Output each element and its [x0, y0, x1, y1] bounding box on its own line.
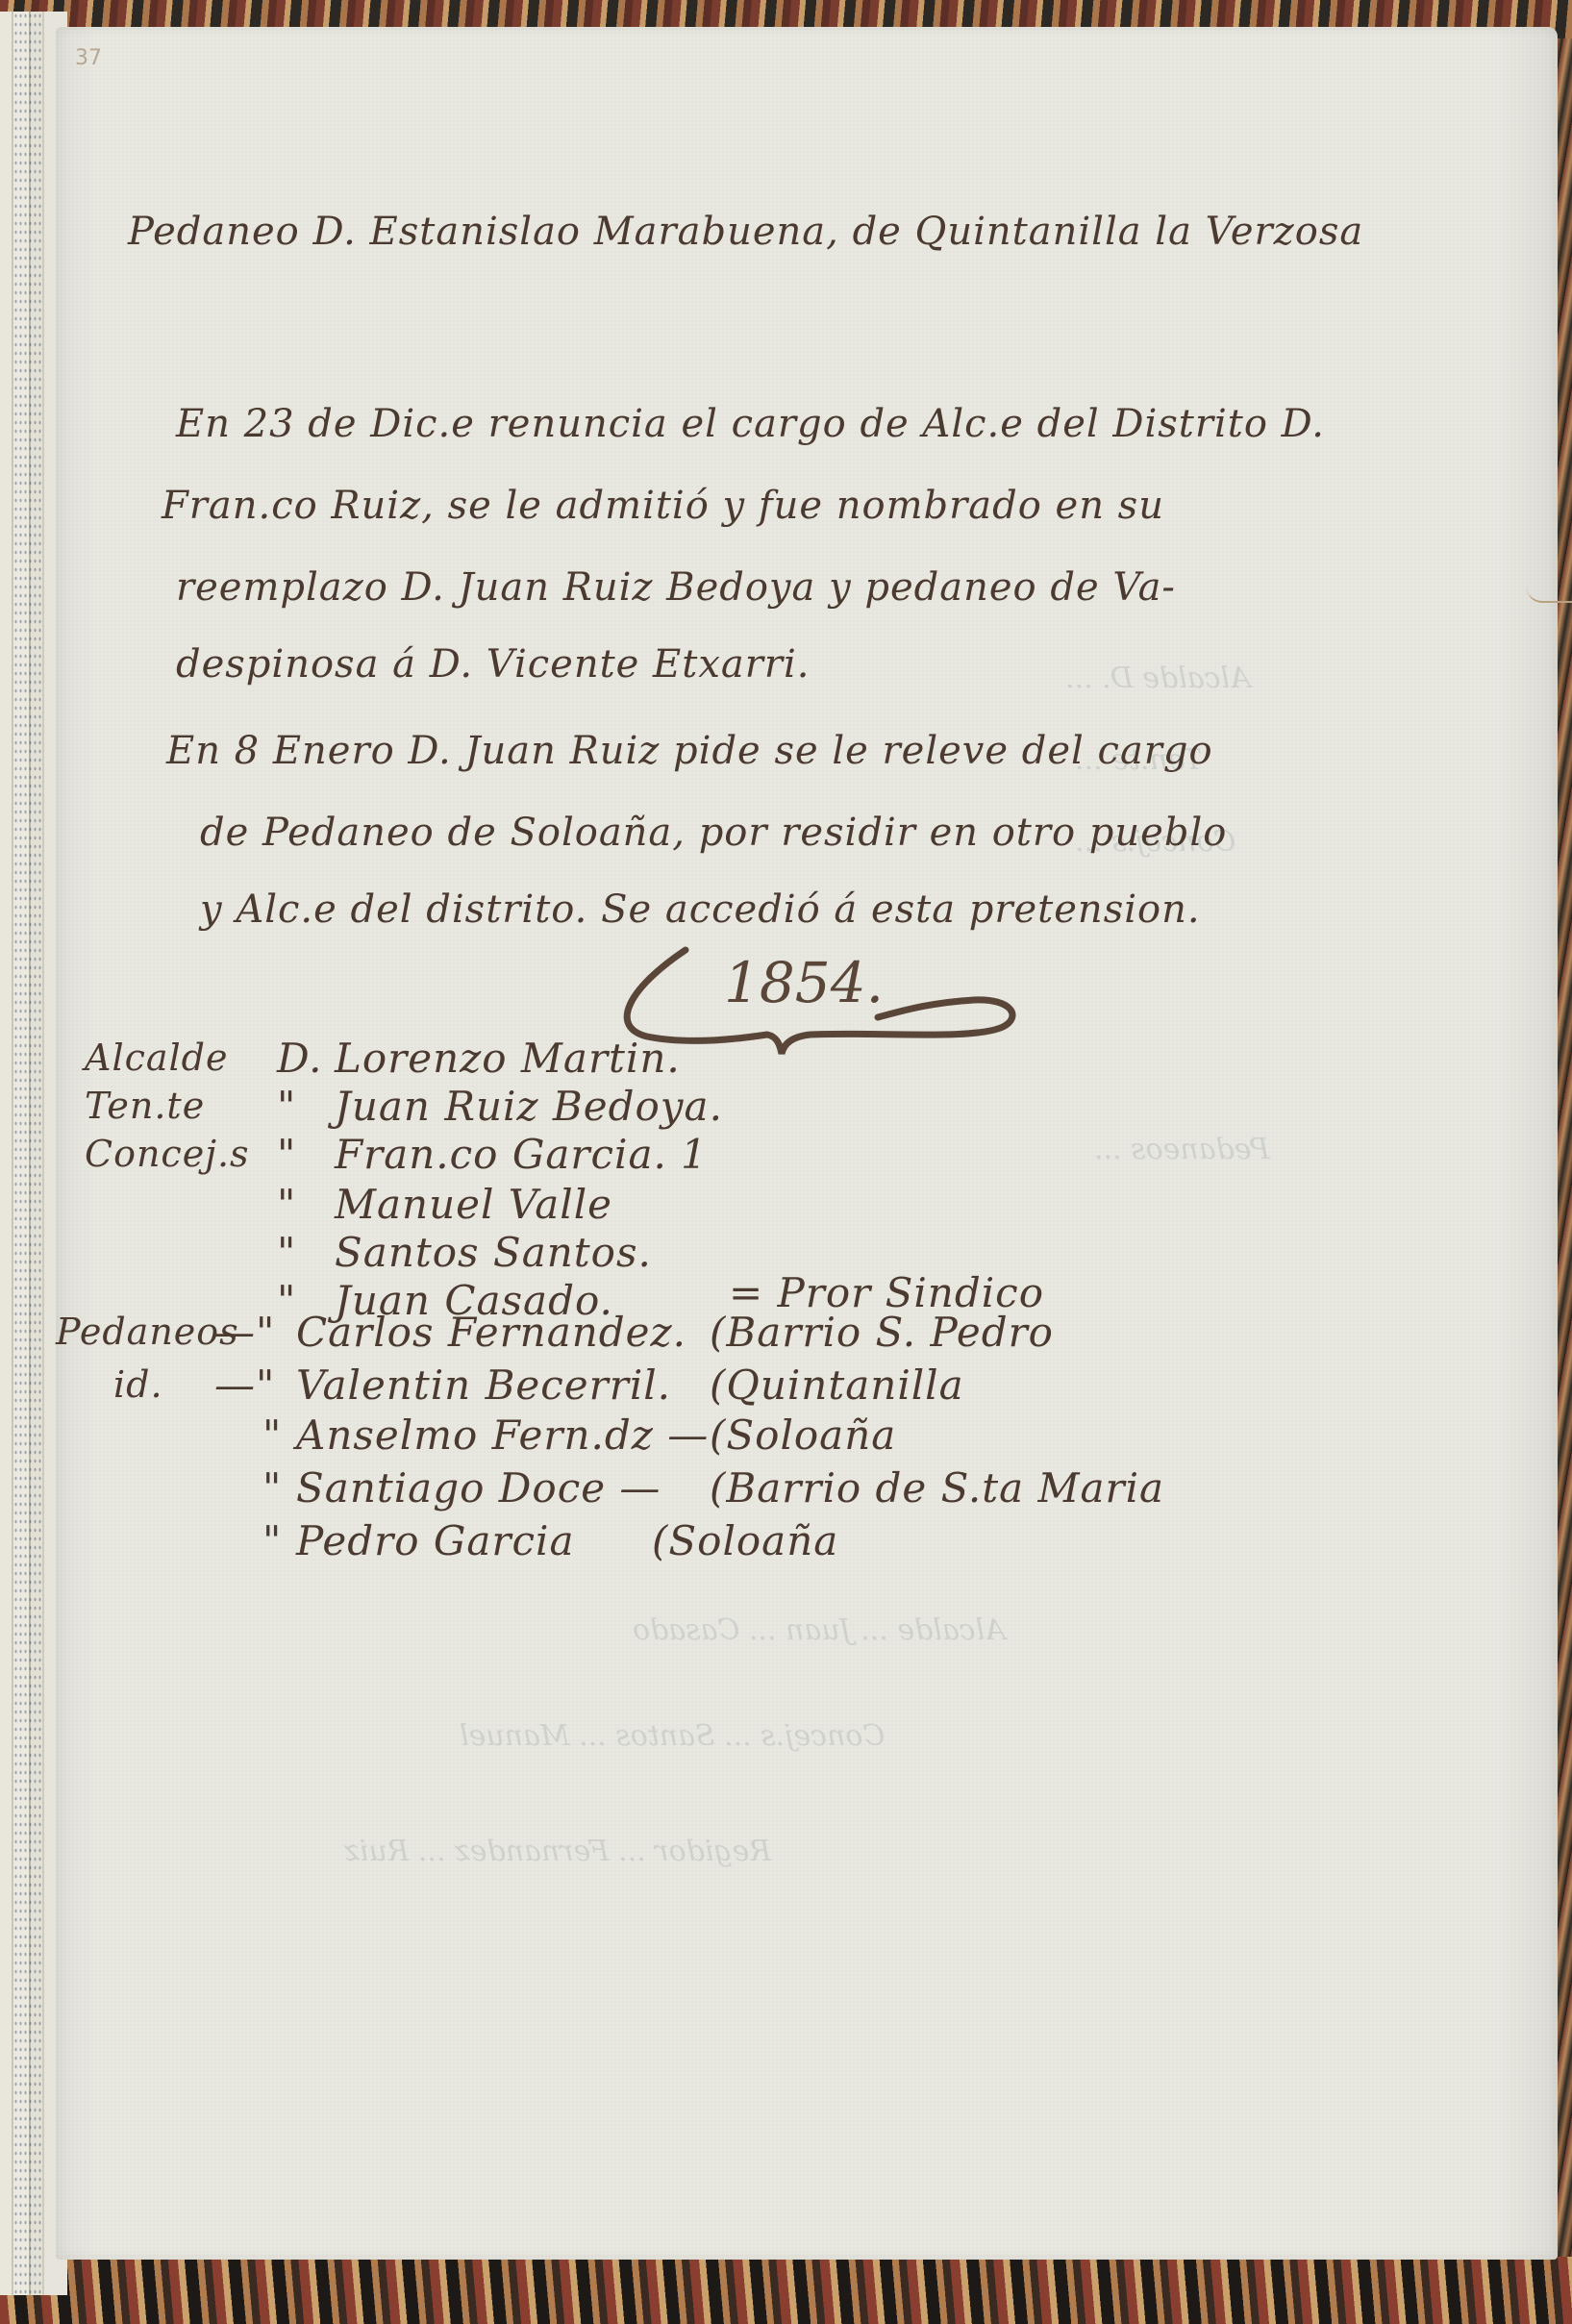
- manuscript-page: 37 Alcalde D. ... Ten.te ... Concej.s ..…: [56, 27, 1558, 2260]
- relief-line-1: En 8 Enero D. Juan Ruiz pide se le relev…: [166, 729, 1213, 773]
- pedaneo-name: Anselmo Fern.dz —: [296, 1412, 709, 1459]
- official-name: Santos Santos.: [335, 1229, 652, 1276]
- show-through-line: Concej.s ... Santos ... Manuel: [460, 1719, 885, 1753]
- resignation-line-2: Fran.co Ruiz, se le admitió y fue nombra…: [162, 484, 1164, 528]
- pedaneo-name: Carlos Fernandez.: [296, 1309, 686, 1356]
- show-through-line: Pedaneos ...: [1094, 1133, 1269, 1166]
- official-prefix: D.: [277, 1035, 323, 1082]
- official-name: Manuel Valle: [335, 1181, 612, 1228]
- pedaneo-name: Pedro Garcia: [296, 1517, 575, 1564]
- official-prefix: ": [277, 1083, 296, 1130]
- pedaneo-prefix: ": [262, 1464, 282, 1512]
- bound-volume: 37 Alcalde D. ... Ten.te ... Concej.s ..…: [0, 0, 1572, 2324]
- margin-flourish: [1527, 587, 1572, 603]
- pedaneo-name: Santiago Doce —: [296, 1464, 661, 1512]
- pedaneo-place: (Soloaña: [652, 1517, 838, 1564]
- official-role: Concej.s: [85, 1133, 250, 1175]
- pedaneo-role: Pedaneos: [56, 1311, 239, 1353]
- pedaneo-place: (Quintanilla: [710, 1362, 964, 1409]
- official-prefix: ": [277, 1277, 296, 1324]
- official-prefix: ": [277, 1229, 296, 1276]
- official-name: Fran.co Garcia. 1: [335, 1131, 708, 1178]
- pedaneo-prefix: —": [214, 1309, 275, 1356]
- show-through-line: Alcalde D. ...: [1065, 662, 1251, 695]
- resignation-line-4: despinosa á D. Vicente Etxarri.: [176, 642, 810, 687]
- official-role: Alcalde: [85, 1037, 229, 1079]
- pedaneo-place: (Barrio de S.ta Maria: [710, 1464, 1164, 1512]
- pedaneo-place: (Barrio S. Pedro: [710, 1309, 1054, 1356]
- relief-line-3: y Alc.e del distrito. Se accedió á esta …: [200, 887, 1201, 932]
- official-role: Ten.te: [85, 1085, 205, 1127]
- official-name: Juan Ruiz Bedoya.: [335, 1083, 723, 1130]
- official-prefix: ": [277, 1181, 296, 1228]
- pedaneo-name: Valentin Becerril.: [296, 1362, 671, 1409]
- pedaneo-prefix: —": [214, 1362, 275, 1409]
- folio-mark: 37: [75, 46, 102, 70]
- pedaneo-place: (Soloaña: [710, 1412, 896, 1459]
- relief-line-2: de Pedaneo de Soloaña, por residir en ot…: [200, 811, 1227, 855]
- resignation-line-1: En 23 de Dic.e renuncia el cargo de Alc.…: [176, 402, 1325, 446]
- pedaneo-prefix: ": [262, 1517, 282, 1564]
- pedaneo-prefix: ": [262, 1412, 282, 1459]
- official-name: Lorenzo Martin.: [335, 1035, 681, 1082]
- show-through-line: Regidor ... Fernandez ... Ruiz: [344, 1835, 771, 1868]
- show-through-line: Alcalde ... Juan ... Casado: [633, 1613, 1006, 1647]
- year-heading: 1854.: [724, 950, 884, 1015]
- pedaneo-entry-line: Pedaneo D. Estanislao Marabuena, de Quin…: [128, 210, 1363, 254]
- resignation-line-3: reemplazo D. Juan Ruiz Bedoya y pedaneo …: [176, 565, 1176, 610]
- official-prefix: ": [277, 1131, 296, 1178]
- marbled-bottom-edge: [0, 2257, 1572, 2324]
- pedaneo-role: id.: [113, 1363, 163, 1406]
